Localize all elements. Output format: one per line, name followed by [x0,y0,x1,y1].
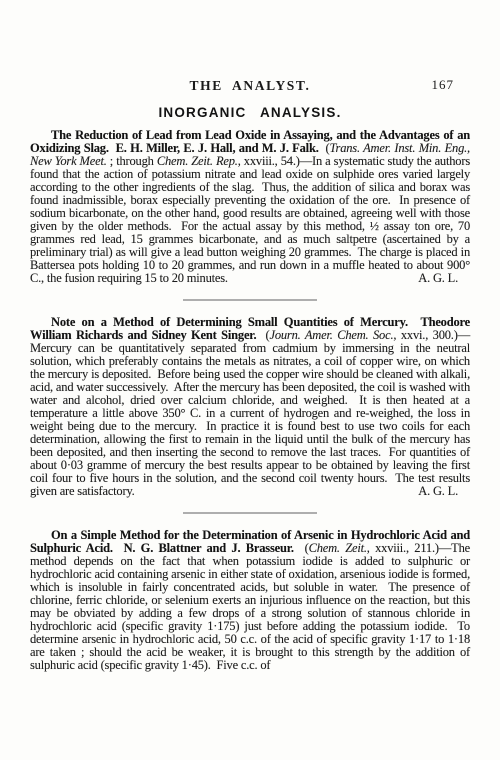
citation-text: , xxviii., 54.) [238,154,300,168]
article-body: —Mercury can be quantitatively separated… [30,328,470,498]
section-title: INORGANIC ANALYSIS. [0,105,500,120]
citation-source: Chem. Zeit. [309,541,367,555]
article-authors: N. G. Blattner and J. Brasseur. [124,541,305,555]
article-text: Note on a Method of Determining Small Qu… [30,316,470,498]
reviewer-initials: A. G. L. [397,485,470,498]
article: Note on a Method of Determining Small Qu… [30,316,470,498]
article-text: The Reduction of Lead from Lead Oxide in… [30,129,470,285]
articles: The Reduction of Lead from Lead Oxide in… [30,129,470,672]
citation-source: Chem. Zeit. Rep. [157,154,238,168]
article-body: —In a systematic study the authors found… [30,154,470,285]
article: The Reduction of Lead from Lead Oxide in… [30,129,470,285]
journal-title: THE ANALYST. [190,78,311,93]
article: On a Simple Method for the Determination… [30,529,470,672]
separator-rule [183,512,317,514]
page-header: THE ANALYST. 167 [30,77,470,92]
citation-text: ; through [107,154,157,168]
article-body: —The method depends on the fact that whe… [30,541,470,672]
separator-rule [183,299,317,301]
page-number: 167 [432,77,455,93]
citation-source: Journ. Amer. Chem. Soc. [269,328,393,342]
scanned-journal-page: THE ANALYST. 167 INORGANIC ANALYSIS. The… [0,0,500,760]
article-authors: E. H. Miller, E. J. Hall, and M. J. Falk… [116,141,326,155]
citation-text: , xxviii., 211.) [367,541,439,555]
reviewer-initials: A. G. L. [397,272,470,285]
article-title: Note on a Method of Determining Small Qu… [51,315,420,329]
citation-text: , xxvi., 300.) [393,328,457,342]
article-text: On a Simple Method for the Determination… [30,529,470,672]
